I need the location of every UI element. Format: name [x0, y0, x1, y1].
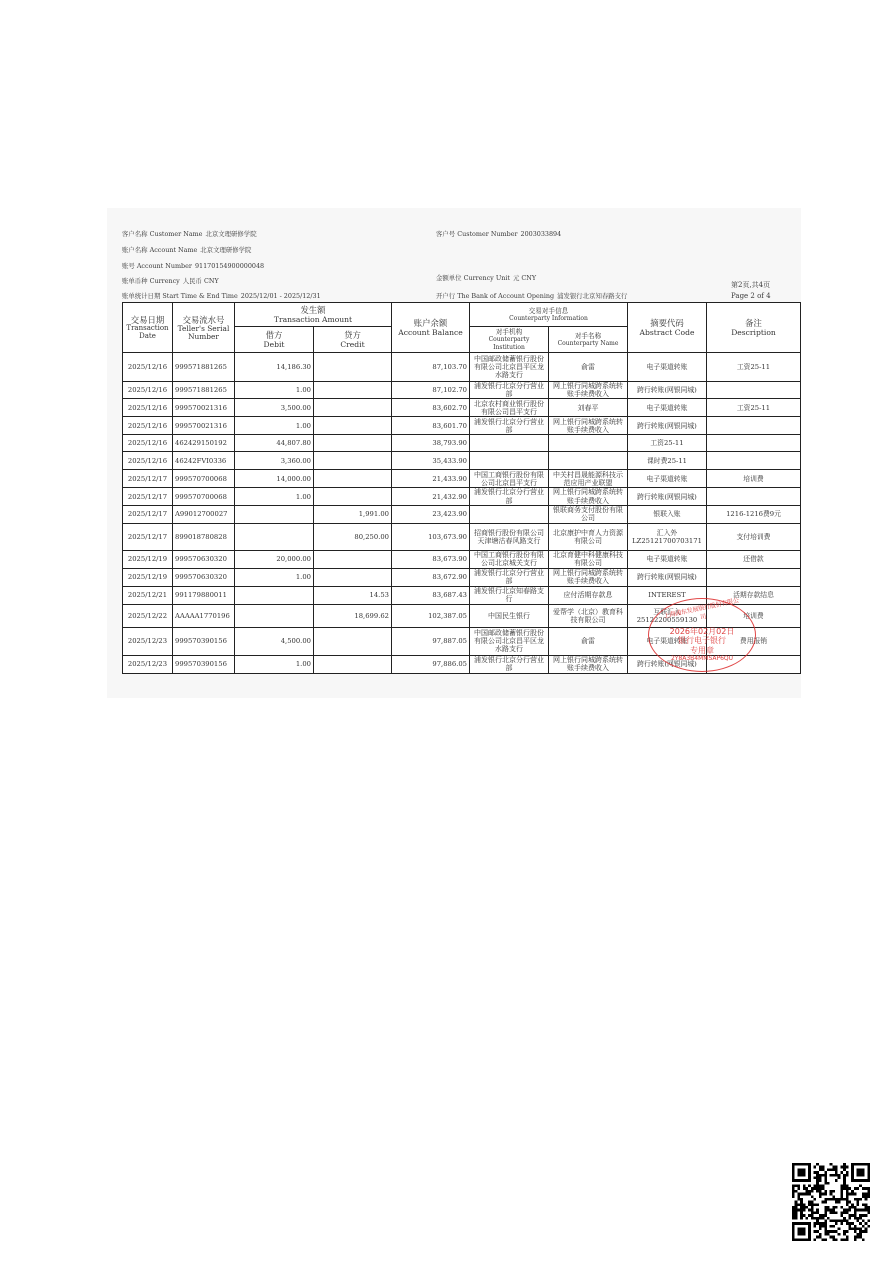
col-institution: 对手机构Counterparty Institution: [470, 327, 549, 353]
cell-debit: 1.00: [235, 488, 314, 505]
table-row: 2025/12/199995706303201.0083,672.90浦发银行北…: [123, 568, 801, 586]
cell-credit: [314, 353, 392, 382]
cell-description: 工资25-11: [707, 353, 801, 382]
cell-institution: 浦发银行北京分行营业部: [470, 417, 549, 435]
table-row: 2025/12/2199117988001114.5383,687.43浦发银行…: [123, 586, 801, 604]
cell-description: [707, 382, 801, 399]
cell-credit: [314, 382, 392, 399]
table-row: 2025/12/1646242915019244,807.8038,793.90…: [123, 435, 801, 452]
cell-counterparty-name: 网上银行同城跨系统转账手续费收入: [549, 382, 628, 399]
cell-date: 2025/12/16: [123, 353, 173, 382]
cell-date: 2025/12/16: [123, 417, 173, 435]
col-balance: 账户余额Account Balance: [392, 303, 470, 353]
cell-counterparty-name: 网上银行同城跨系统转账手续费收入: [549, 488, 628, 505]
cell-balance: 23,423.90: [392, 505, 470, 523]
cell-date: 2025/12/17: [123, 488, 173, 505]
cell-institution: 浦发银行北京分行营业部: [470, 568, 549, 586]
cell-credit: 1,991.00: [314, 505, 392, 523]
cell-abstract: 跨行转账(网银同城): [628, 568, 707, 586]
cell-debit: [235, 505, 314, 523]
cell-debit: 3,360.00: [235, 452, 314, 470]
cell-balance: 103,673.90: [392, 523, 470, 550]
cell-description: 支付培训费: [707, 523, 801, 550]
cell-counterparty-name: 应付活期存款息: [549, 586, 628, 604]
cell-credit: [314, 627, 392, 655]
cell-description: 费用报销: [707, 627, 801, 655]
cell-counterparty-name: 中关村昌晟能源科技示范应用产业联盟: [549, 470, 628, 488]
cell-debit: 14,000.00: [235, 470, 314, 488]
cell-debit: 20,000.00: [235, 550, 314, 568]
cell-description: 培训费: [707, 604, 801, 627]
cell-counterparty-name: 银联商务支付股份有限公司: [549, 505, 628, 523]
cell-counterparty-name: 北京育健中科健康科技有限公司: [549, 550, 628, 568]
cell-description: 1216-1216费9元: [707, 505, 801, 523]
cell-abstract: 电子渠道转账: [628, 550, 707, 568]
cell-serial: A99012700027: [173, 505, 235, 523]
cell-description: 工资25-11: [707, 399, 801, 417]
cell-date: 2025/12/23: [123, 627, 173, 655]
table-row: 2025/12/239995703901561.0097,886.05浦发银行北…: [123, 655, 801, 673]
table-row: 2025/12/22AAAAA177019618,699.62102,387.0…: [123, 604, 801, 627]
table-row: 2025/12/17A990127000271,991.0023,423.90银…: [123, 505, 801, 523]
cell-institution: 中国邮政储蓄银行股份有限公司北京昌平区龙水路支行: [470, 627, 549, 655]
cell-serial: 999570630320: [173, 568, 235, 586]
cell-serial: 999570390156: [173, 655, 235, 673]
cell-serial: 999571881265: [173, 382, 235, 399]
cell-description: 培训费: [707, 470, 801, 488]
cell-institution: 浦发银行北京分行营业部: [470, 655, 549, 673]
opening-bank: 开户行 The Bank of Account Opening浦发银行北京知春路…: [436, 291, 627, 300]
cell-date: 2025/12/23: [123, 655, 173, 673]
cell-date: 2025/12/16: [123, 382, 173, 399]
cell-institution: 浦发银行北京知春路支行: [470, 586, 549, 604]
table-row: 2025/12/1999957063032020,000.0083,673.90…: [123, 550, 801, 568]
cell-abstract: 电子渠道转账: [628, 627, 707, 655]
cell-abstract: INTEREST: [628, 586, 707, 604]
table-row: 2025/12/1646242FVI03363,360.0035,433.90课…: [123, 452, 801, 470]
customer-number: 客户号 Customer Number2003033894: [436, 229, 561, 238]
cell-serial: 999570630320: [173, 550, 235, 568]
cell-institution: 中国邮政储蓄银行股份有限公司北京昌平区龙水路支行: [470, 353, 549, 382]
cell-credit: [314, 435, 392, 452]
cell-date: 2025/12/22: [123, 604, 173, 627]
cell-counterparty-name: 俞雷: [549, 353, 628, 382]
table-row: 2025/12/239995703901564,500.0097,887.05中…: [123, 627, 801, 655]
cell-debit: 44,807.80: [235, 435, 314, 452]
cell-debit: [235, 604, 314, 627]
cell-institution: 浦发银行北京分行营业部: [470, 488, 549, 505]
table-row: 2025/12/1799957070006814,000.0021,433.90…: [123, 470, 801, 488]
table-row: 2025/12/169995700213161.0083,601.70浦发银行北…: [123, 417, 801, 435]
cell-balance: 21,433.90: [392, 470, 470, 488]
account-number: 账号 Account Number91170154900000048: [122, 261, 264, 270]
cell-counterparty-name: 北京康护中育人力资源有限公司: [549, 523, 628, 550]
cell-counterparty-name: 爱帮学（北京）教育科技有限公司: [549, 604, 628, 627]
cell-date: 2025/12/17: [123, 470, 173, 488]
cell-description: 活期存款结息: [707, 586, 801, 604]
table-row: 2025/12/1789901878082880,250.00103,673.9…: [123, 523, 801, 550]
cell-serial: 999570390156: [173, 627, 235, 655]
cell-counterparty-name: 网上银行同城跨系统转账手续费收入: [549, 655, 628, 673]
cell-balance: 83,602.70: [392, 399, 470, 417]
col-counterparty-name: 对手名称Counterparty Name: [549, 327, 628, 353]
cell-counterparty-name: [549, 435, 628, 452]
cell-credit: [314, 399, 392, 417]
table-row: 2025/12/179995707000681.0021,432.90浦发银行北…: [123, 488, 801, 505]
cell-abstract: 电子渠道转账: [628, 470, 707, 488]
cell-counterparty-name: 网上银行同城跨系统转账手续费收入: [549, 568, 628, 586]
cell-serial: 999570021316: [173, 399, 235, 417]
cell-counterparty-name: 网上银行同城跨系统转账手续费收入: [549, 417, 628, 435]
cell-serial: 46242FVI0336: [173, 452, 235, 470]
table-row: 2025/12/169995718812651.0087,102.70浦发银行北…: [123, 382, 801, 399]
cell-debit: 4,500.00: [235, 627, 314, 655]
cell-serial: 999570700068: [173, 470, 235, 488]
cell-institution: 中国工商银行股份有限公司北京城关支行: [470, 550, 549, 568]
cell-institution: 招商银行股份有限公司天津塘沽春风路支行: [470, 523, 549, 550]
cell-credit: 14.53: [314, 586, 392, 604]
cell-balance: 83,672.90: [392, 568, 470, 586]
account-name: 账户名称 Account Name北京文理研修学院: [122, 245, 251, 254]
customer-name: 客户名称 Customer Name北京文理研修学院: [122, 229, 257, 238]
cell-serial: 899018780828: [173, 523, 235, 550]
statement-period: 账单统计日期 Start Time & End Time2025/12/01 -…: [122, 291, 321, 300]
cell-debit: 1.00: [235, 417, 314, 435]
cell-balance: 83,673.90: [392, 550, 470, 568]
cell-abstract: 跨行转账(网银同城): [628, 655, 707, 673]
cell-serial: AAAAA1770196: [173, 604, 235, 627]
cell-date: 2025/12/16: [123, 435, 173, 452]
cell-date: 2025/12/21: [123, 586, 173, 604]
cell-serial: 999570021316: [173, 417, 235, 435]
cell-description: [707, 452, 801, 470]
cell-date: 2025/12/19: [123, 550, 173, 568]
cell-abstract: 课时费25-11: [628, 452, 707, 470]
cell-credit: [314, 488, 392, 505]
cell-credit: [314, 568, 392, 586]
cell-description: [707, 417, 801, 435]
cell-debit: [235, 523, 314, 550]
cell-balance: 35,433.90: [392, 452, 470, 470]
transaction-rows: 2025/12/1699957188126514,186.3087,103.70…: [123, 353, 801, 674]
cell-balance: 21,432.90: [392, 488, 470, 505]
cell-abstract: 汇入外 LZ25121700703171: [628, 523, 707, 550]
table-row: 2025/12/1699957188126514,186.3087,103.70…: [123, 353, 801, 382]
cell-debit: [235, 586, 314, 604]
cell-date: 2025/12/19: [123, 568, 173, 586]
cell-serial: 991179880011: [173, 586, 235, 604]
cell-balance: 83,687.43: [392, 586, 470, 604]
cell-date: 2025/12/16: [123, 452, 173, 470]
cell-institution: 中国民生银行: [470, 604, 549, 627]
cell-balance: 83,601.70: [392, 417, 470, 435]
cell-balance: 102,387.05: [392, 604, 470, 627]
col-abstract: 摘要代码Abstract Code: [628, 303, 707, 353]
cell-date: 2025/12/17: [123, 523, 173, 550]
cell-institution: 北京农村商业银行股份有限公司昌平支行: [470, 399, 549, 417]
page-indicator: 第2页,共4页 Page 2 of 4: [731, 280, 771, 302]
cell-description: [707, 655, 801, 673]
cell-abstract: 银联入账: [628, 505, 707, 523]
cell-debit: 14,186.30: [235, 353, 314, 382]
cell-credit: [314, 452, 392, 470]
col-description: 备注Description: [707, 303, 801, 353]
col-counterparty: 交易对手信息Counterparty Information: [470, 303, 628, 327]
cell-institution: 中国工商银行股份有限公司北京昌平支行: [470, 470, 549, 488]
currency: 账单币种 Currency人民币 CNY: [122, 276, 219, 285]
cell-credit: [314, 470, 392, 488]
cell-counterparty-name: 俞雷: [549, 627, 628, 655]
cell-date: 2025/12/16: [123, 399, 173, 417]
cell-balance: 97,887.05: [392, 627, 470, 655]
cell-description: [707, 568, 801, 586]
cell-description: [707, 435, 801, 452]
cell-abstract: 工资25-11: [628, 435, 707, 452]
cell-counterparty-name: 刘春平: [549, 399, 628, 417]
cell-abstract: 跨行转账(网银同城): [628, 382, 707, 399]
cell-balance: 97,886.05: [392, 655, 470, 673]
cell-abstract: 电子渠道转账: [628, 399, 707, 417]
col-date: 交易日期Transaction Date: [123, 303, 173, 353]
cell-institution: [470, 505, 549, 523]
cell-debit: 3,500.00: [235, 399, 314, 417]
table-row: 2025/12/169995700213163,500.0083,602.70北…: [123, 399, 801, 417]
cell-serial: 999571881265: [173, 353, 235, 382]
cell-abstract: 电子渠道转账: [628, 353, 707, 382]
cell-institution: 浦发银行北京分行营业部: [470, 382, 549, 399]
cell-description: 还借款: [707, 550, 801, 568]
cell-credit: [314, 550, 392, 568]
cell-balance: 38,793.90: [392, 435, 470, 452]
cell-balance: 87,102.70: [392, 382, 470, 399]
qr-code-icon: [792, 1163, 870, 1241]
cell-institution: [470, 452, 549, 470]
cell-credit: [314, 655, 392, 673]
cell-counterparty-name: [549, 452, 628, 470]
col-serial: 交易流水号Teller's Serial Number: [173, 303, 235, 353]
cell-serial: 999570700068: [173, 488, 235, 505]
cell-date: 2025/12/17: [123, 505, 173, 523]
transaction-table: 交易日期Transaction Date 交易流水号Teller's Seria…: [122, 302, 801, 674]
cell-abstract: 互联汇入 25122200559130: [628, 604, 707, 627]
cell-credit: 80,250.00: [314, 523, 392, 550]
col-credit: 贷方Credit: [314, 327, 392, 353]
cell-balance: 87,103.70: [392, 353, 470, 382]
cell-serial: 462429150192: [173, 435, 235, 452]
cell-debit: 1.00: [235, 568, 314, 586]
cell-credit: [314, 417, 392, 435]
col-amount: 发生额Transaction Amount: [235, 303, 392, 327]
cell-abstract: 跨行转账(网银同城): [628, 488, 707, 505]
cell-debit: 1.00: [235, 655, 314, 673]
cell-debit: 1.00: [235, 382, 314, 399]
cell-institution: [470, 435, 549, 452]
cell-credit: 18,699.62: [314, 604, 392, 627]
cell-abstract: 跨行转账(网银同城): [628, 417, 707, 435]
currency-unit: 金额单位 Currency Unit元 CNY: [436, 273, 536, 282]
cell-description: [707, 488, 801, 505]
col-debit: 借方Debit: [235, 327, 314, 353]
